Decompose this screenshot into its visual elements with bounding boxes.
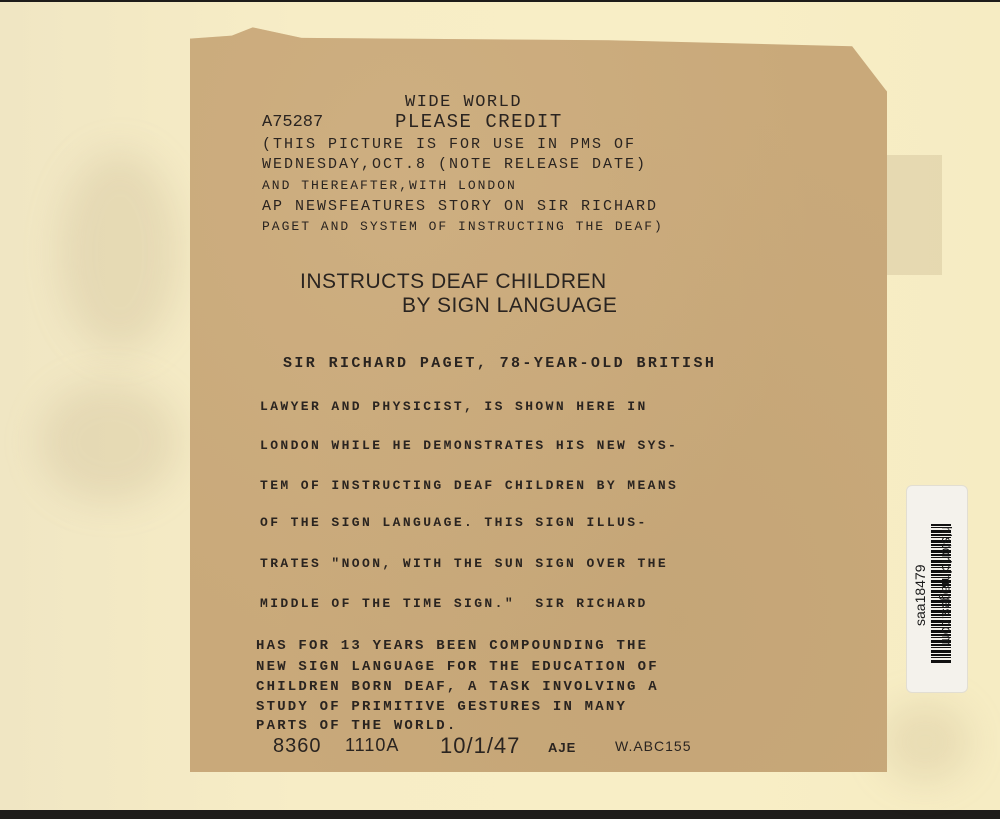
site-name: historicimages.com bbox=[939, 526, 955, 646]
body-line: NEW SIGN LANGUAGE FOR THE EDUCATION OF bbox=[256, 658, 659, 676]
agency-name: WIDE WORLD bbox=[405, 92, 522, 113]
barcode-label: historicimages.com saa18479 bbox=[906, 485, 968, 693]
stain bbox=[60, 152, 180, 352]
footer-code-2: 1110A bbox=[345, 735, 399, 756]
note-line: PAGET AND SYSTEM OF INSTRUCTING THE DEAF… bbox=[262, 216, 664, 237]
footer-ref: W.ABC155 bbox=[615, 738, 691, 754]
footer-date: 10/1/47 bbox=[440, 733, 520, 759]
body-line: LAWYER AND PHYSICIST, IS SHOWN HERE IN bbox=[260, 399, 648, 414]
body-line: HAS FOR 13 YEARS BEEN COMPOUNDING THE bbox=[256, 637, 648, 655]
headline-line-2: BY SIGN LANGUAGE bbox=[402, 294, 617, 318]
note-line: AP NEWSFEATURES STORY ON SIR RICHARD bbox=[262, 196, 658, 217]
credit-line: PLEASE CREDIT bbox=[395, 112, 563, 133]
note-line: WEDNESDAY,OCT.8 (NOTE RELEASE DATE) bbox=[262, 154, 647, 175]
headline-line-1: INSTRUCTS DEAF CHILDREN bbox=[300, 270, 607, 294]
body-line: LONDON WHILE HE DEMONSTRATES HIS NEW SYS… bbox=[260, 438, 678, 453]
body-line: SIR RICHARD PAGET, 78-YEAR-OLD BRITISH bbox=[283, 355, 716, 372]
body-line: STUDY OF PRIMITIVE GESTURES IN MANY bbox=[256, 698, 627, 716]
note-line: AND THEREAFTER,WITH LONDON bbox=[262, 175, 517, 196]
footer-code-1: 8360 bbox=[273, 735, 322, 758]
body-line: MIDDLE OF THE TIME SIGN." SIR RICHARD bbox=[260, 596, 648, 611]
note-line: (THIS PICTURE IS FOR USE IN PMS OF bbox=[262, 134, 636, 155]
body-line: CHILDREN BORN DEAF, A TASK INVOLVING A bbox=[256, 678, 659, 696]
body-line: OF THE SIGN LANGUAGE. THIS SIGN ILLUS- bbox=[260, 515, 648, 530]
paper-fragment bbox=[887, 155, 942, 275]
item-code: saa18479 bbox=[912, 564, 928, 626]
footer-initials: AJE bbox=[548, 740, 576, 755]
stain bbox=[40, 382, 180, 502]
stain bbox=[880, 702, 970, 782]
body-line: TRATES "NOON, WITH THE SUN SIGN OVER THE bbox=[260, 556, 668, 571]
body-line: PARTS OF THE WORLD. bbox=[256, 717, 457, 735]
photo-id: A75287 bbox=[262, 112, 323, 133]
body-line: TEM OF INSTRUCTING DEAF CHILDREN BY MEAN… bbox=[260, 478, 678, 493]
